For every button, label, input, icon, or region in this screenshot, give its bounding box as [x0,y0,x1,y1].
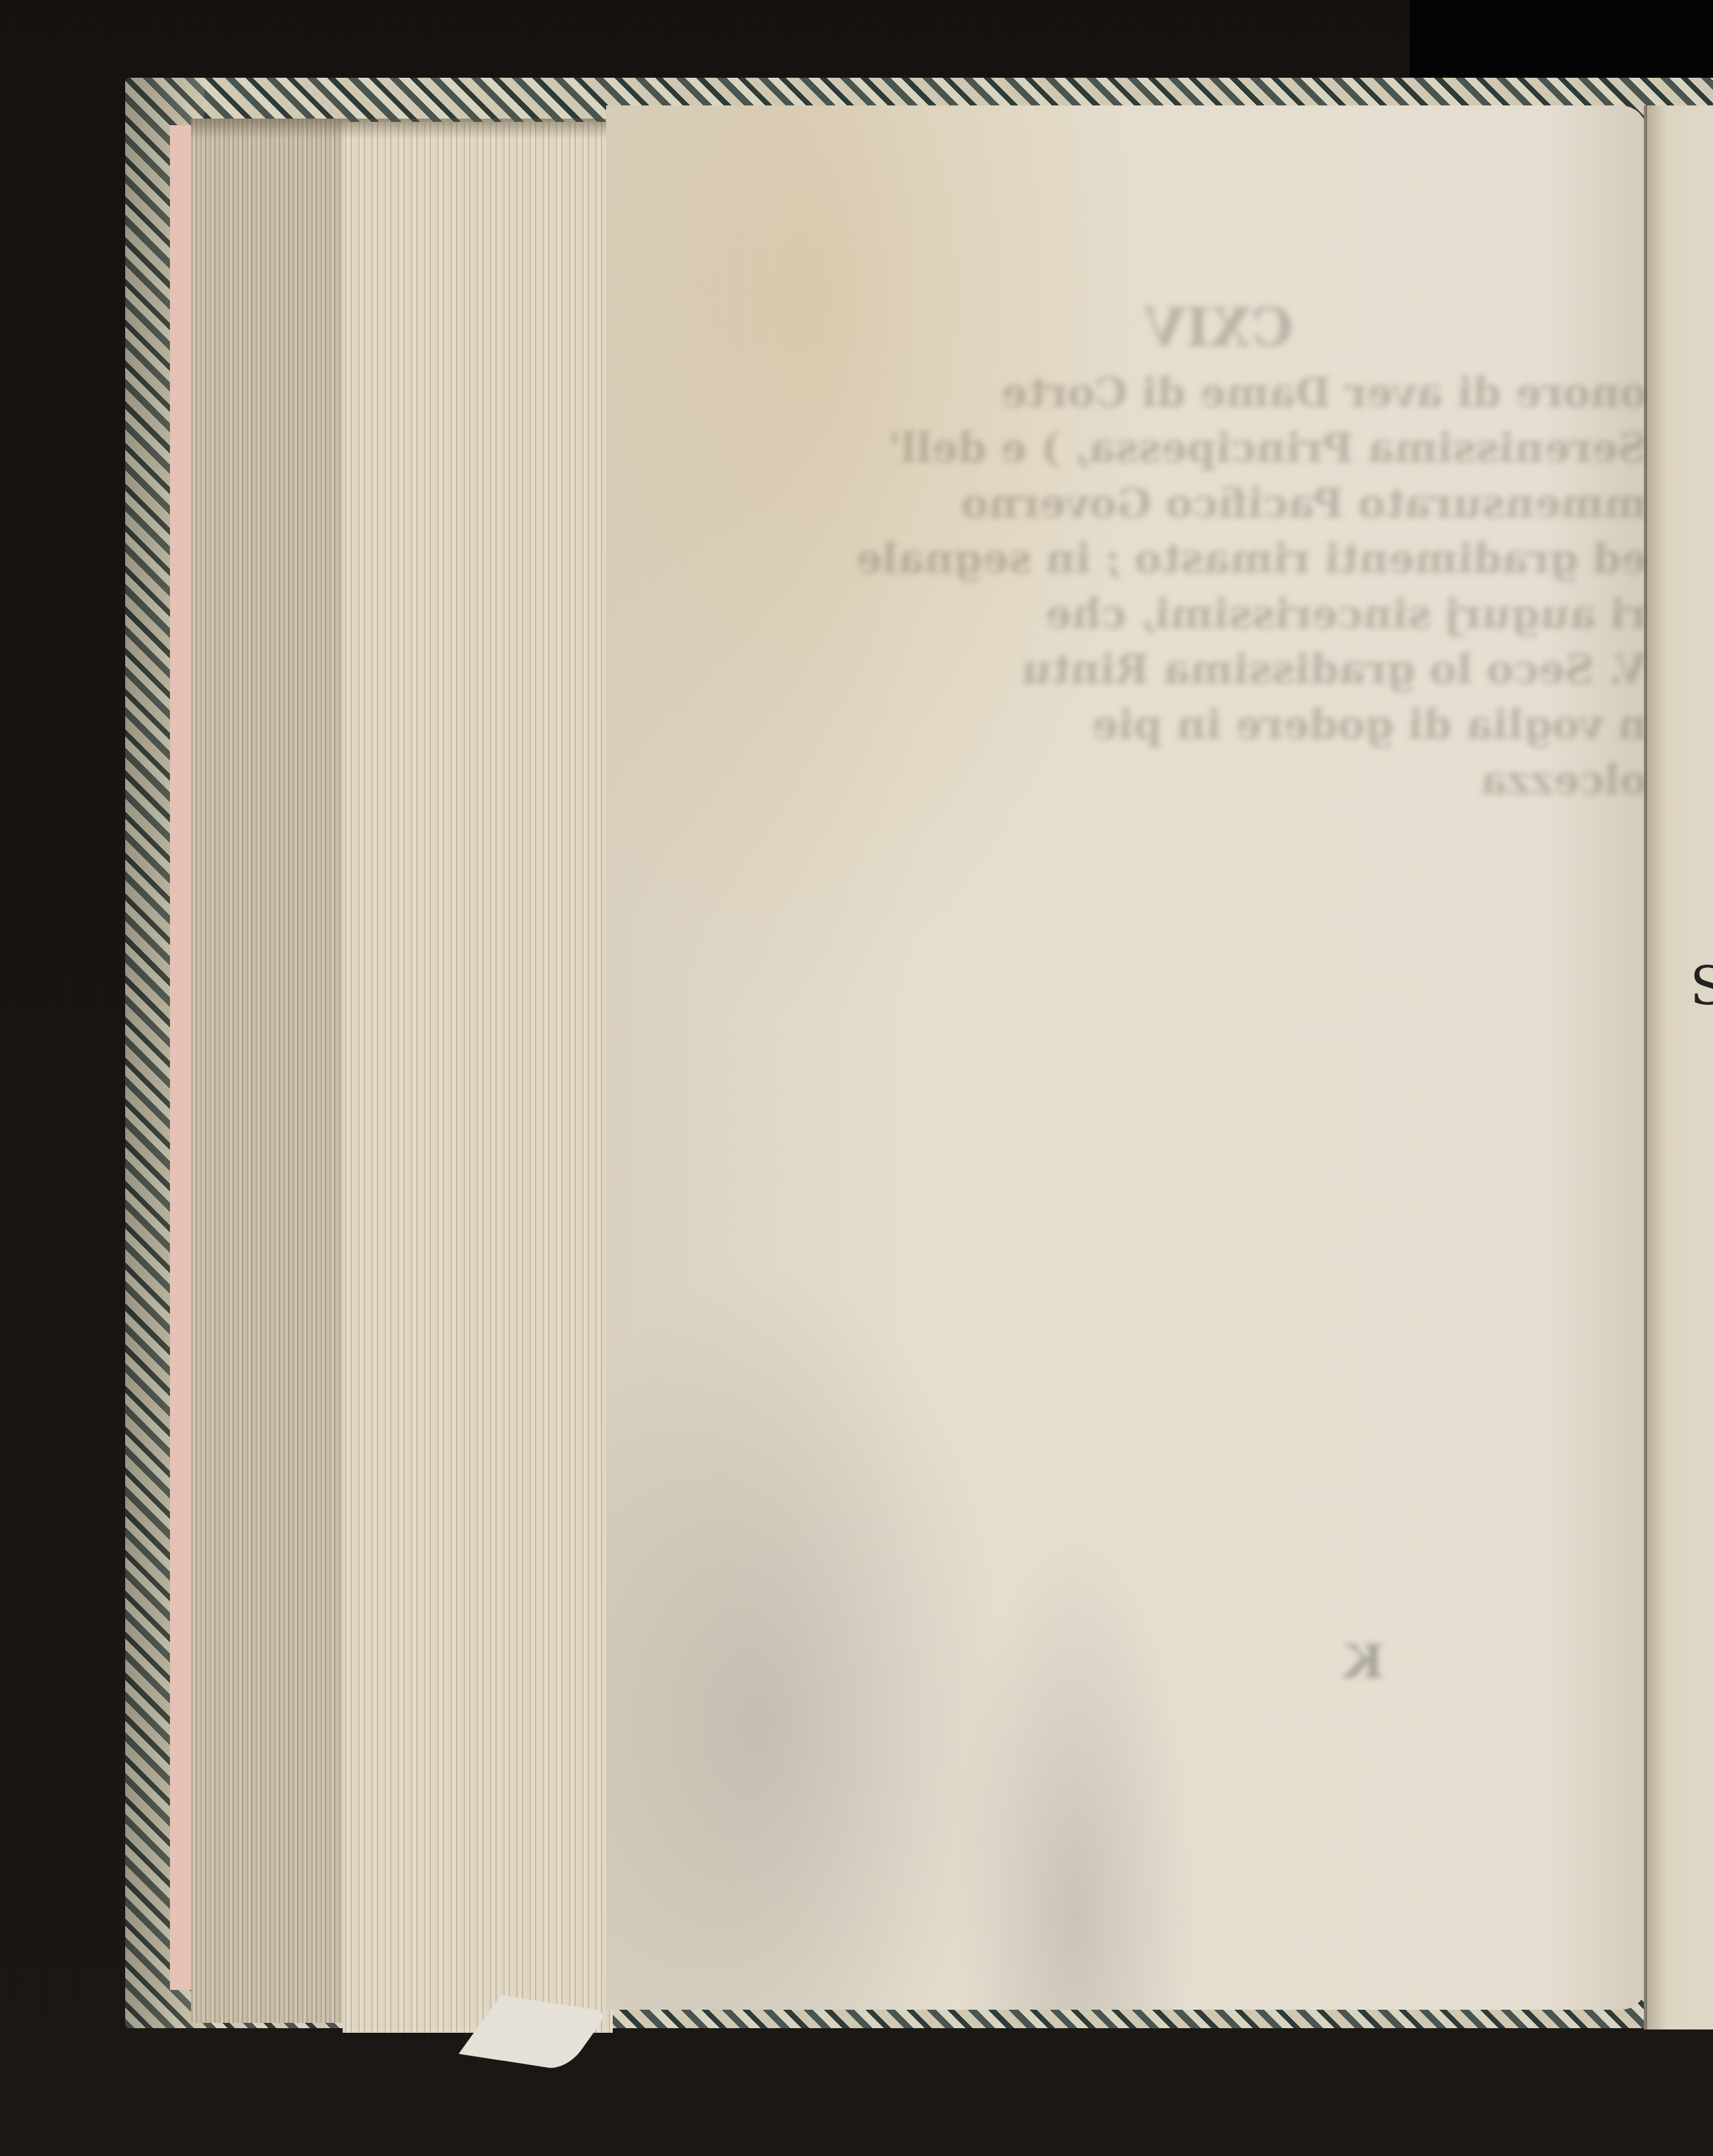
bleed-through-line: ri augurj sincerissimi, che [791,586,1647,642]
bleed-through-line: V. Seco lo gradissima Rintu [791,642,1647,697]
bleed-through-line: ed gradimenti rimasto ; in segnale [791,531,1647,586]
bleed-through-line: n voglia di godere in pie [791,697,1647,752]
bleed-through-text: CXIV onore di aver Dame di Corte Serenis… [791,297,1647,808]
bleed-through-line: onore di aver Dame di Corte [791,365,1647,420]
page-edges-right-block [343,122,613,2033]
next-page-edge [1647,105,1713,2029]
bleed-through-page-number: CXIV [791,297,1647,358]
bleed-through-line: olcezza [791,752,1647,808]
bleed-through-signature-mark: K [1344,1634,1384,1689]
page-edges-left-block [191,119,343,2023]
bleed-through-line: mmensurato Pacifico Governo [791,476,1647,531]
bleed-through-line: Serenissima Principessa, ) e dell' [791,420,1647,476]
page-edges-top-shadow [191,119,613,138]
handwritten-margin-note: S [1690,955,1713,1017]
